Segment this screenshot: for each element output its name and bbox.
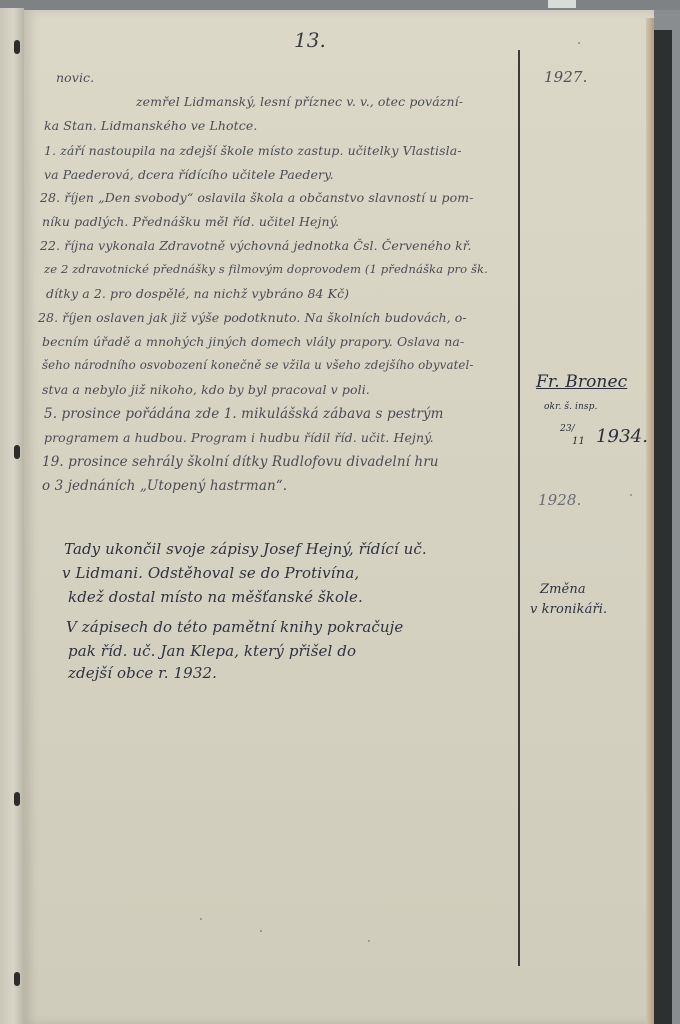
binding-hole <box>14 972 20 986</box>
margin-note-line: v kronikáři. <box>530 602 607 617</box>
entry-line: šeho národního osvobození konečně se vži… <box>42 358 473 372</box>
page-edge <box>646 18 654 1024</box>
binding-hole <box>14 40 20 54</box>
entry-line: 28. říjen oslaven jak již výše podotknut… <box>38 310 467 325</box>
margin-rule <box>518 50 520 966</box>
paper-speck <box>368 940 370 942</box>
entry-line: va Paederová, dcera řídícího učitele Pae… <box>44 167 334 182</box>
note-line: pak říd. uč. Jan Klepa, který přišel do <box>68 642 356 660</box>
note-line: V zápisech do této pamětní knihy pokraču… <box>66 618 403 636</box>
signature-day: 23/ <box>560 424 575 434</box>
entry-line: zemřel Lidmanský, lesní příznec v. v., o… <box>136 94 463 109</box>
signature-title: okr. š. insp. <box>544 402 597 412</box>
signature-month: 11 <box>572 436 585 447</box>
entry-line: ka Stan. Lidmanského ve Lhotce. <box>44 118 257 133</box>
margin-year-1928: 1928. <box>538 491 581 509</box>
entry-line: 28. říjen „Den svobody“ oslavila škola a… <box>40 190 474 205</box>
note-line: zdejší obce r. 1932. <box>68 664 217 682</box>
entry-line: novic. <box>56 70 94 85</box>
note-line: v Lidmani. Odstěhoval se do Protivína, <box>62 564 359 582</box>
margin-year-1927: 1927. <box>544 68 587 86</box>
paper-speck <box>630 494 632 496</box>
entry-line: stva a nebylo již nikoho, kdo by byl pra… <box>42 382 370 397</box>
entry-line: 19. prosince sehrály školní dítky Rudlof… <box>42 454 439 470</box>
paper-speck <box>578 42 580 44</box>
chronicle-page <box>24 10 654 1024</box>
entry-line: 1. září nastoupila na zdejší škole místo… <box>44 143 462 158</box>
scan-background-right <box>672 30 680 1024</box>
note-line: kdež dostal místo na měšťanské škole. <box>68 588 363 606</box>
entry-line: 5. prosince pořádána zde 1. mikulášská z… <box>44 406 444 422</box>
book-cover <box>654 30 672 1024</box>
scan-background-top <box>0 0 680 10</box>
signature-year: 1934. <box>596 426 648 447</box>
note-line: Tady ukončil svoje zápisy Josef Hejný, ř… <box>64 540 427 558</box>
entry-line: ze 2 zdravotnické přednášky s filmovým d… <box>44 262 488 276</box>
binding-hole <box>14 445 20 459</box>
entry-line: níku padlých. Přednášku měl říd. učitel … <box>42 214 339 229</box>
page-number: 13. <box>294 28 326 52</box>
paper-speck <box>200 918 202 920</box>
entry-line: programem a hudbou. Program i hudbu řídi… <box>44 430 434 445</box>
binding-hole <box>14 792 20 806</box>
entry-line: becním úřadě a mnohých jiných domech vlá… <box>42 334 464 349</box>
facing-page-edge <box>0 8 24 1024</box>
margin-note-line: Změna <box>540 582 586 597</box>
paper-speck <box>260 930 262 932</box>
entry-line: dítky a 2. pro dospělé, na nichž vybráno… <box>46 286 349 301</box>
entry-line: 22. října vykonala Zdravotně výchovná je… <box>40 238 472 253</box>
signature-name: Fr. Bronec <box>536 372 627 392</box>
entry-line: o 3 jednáních „Utopený hastrman“. <box>42 478 287 494</box>
scan-marker-tab <box>548 0 576 8</box>
